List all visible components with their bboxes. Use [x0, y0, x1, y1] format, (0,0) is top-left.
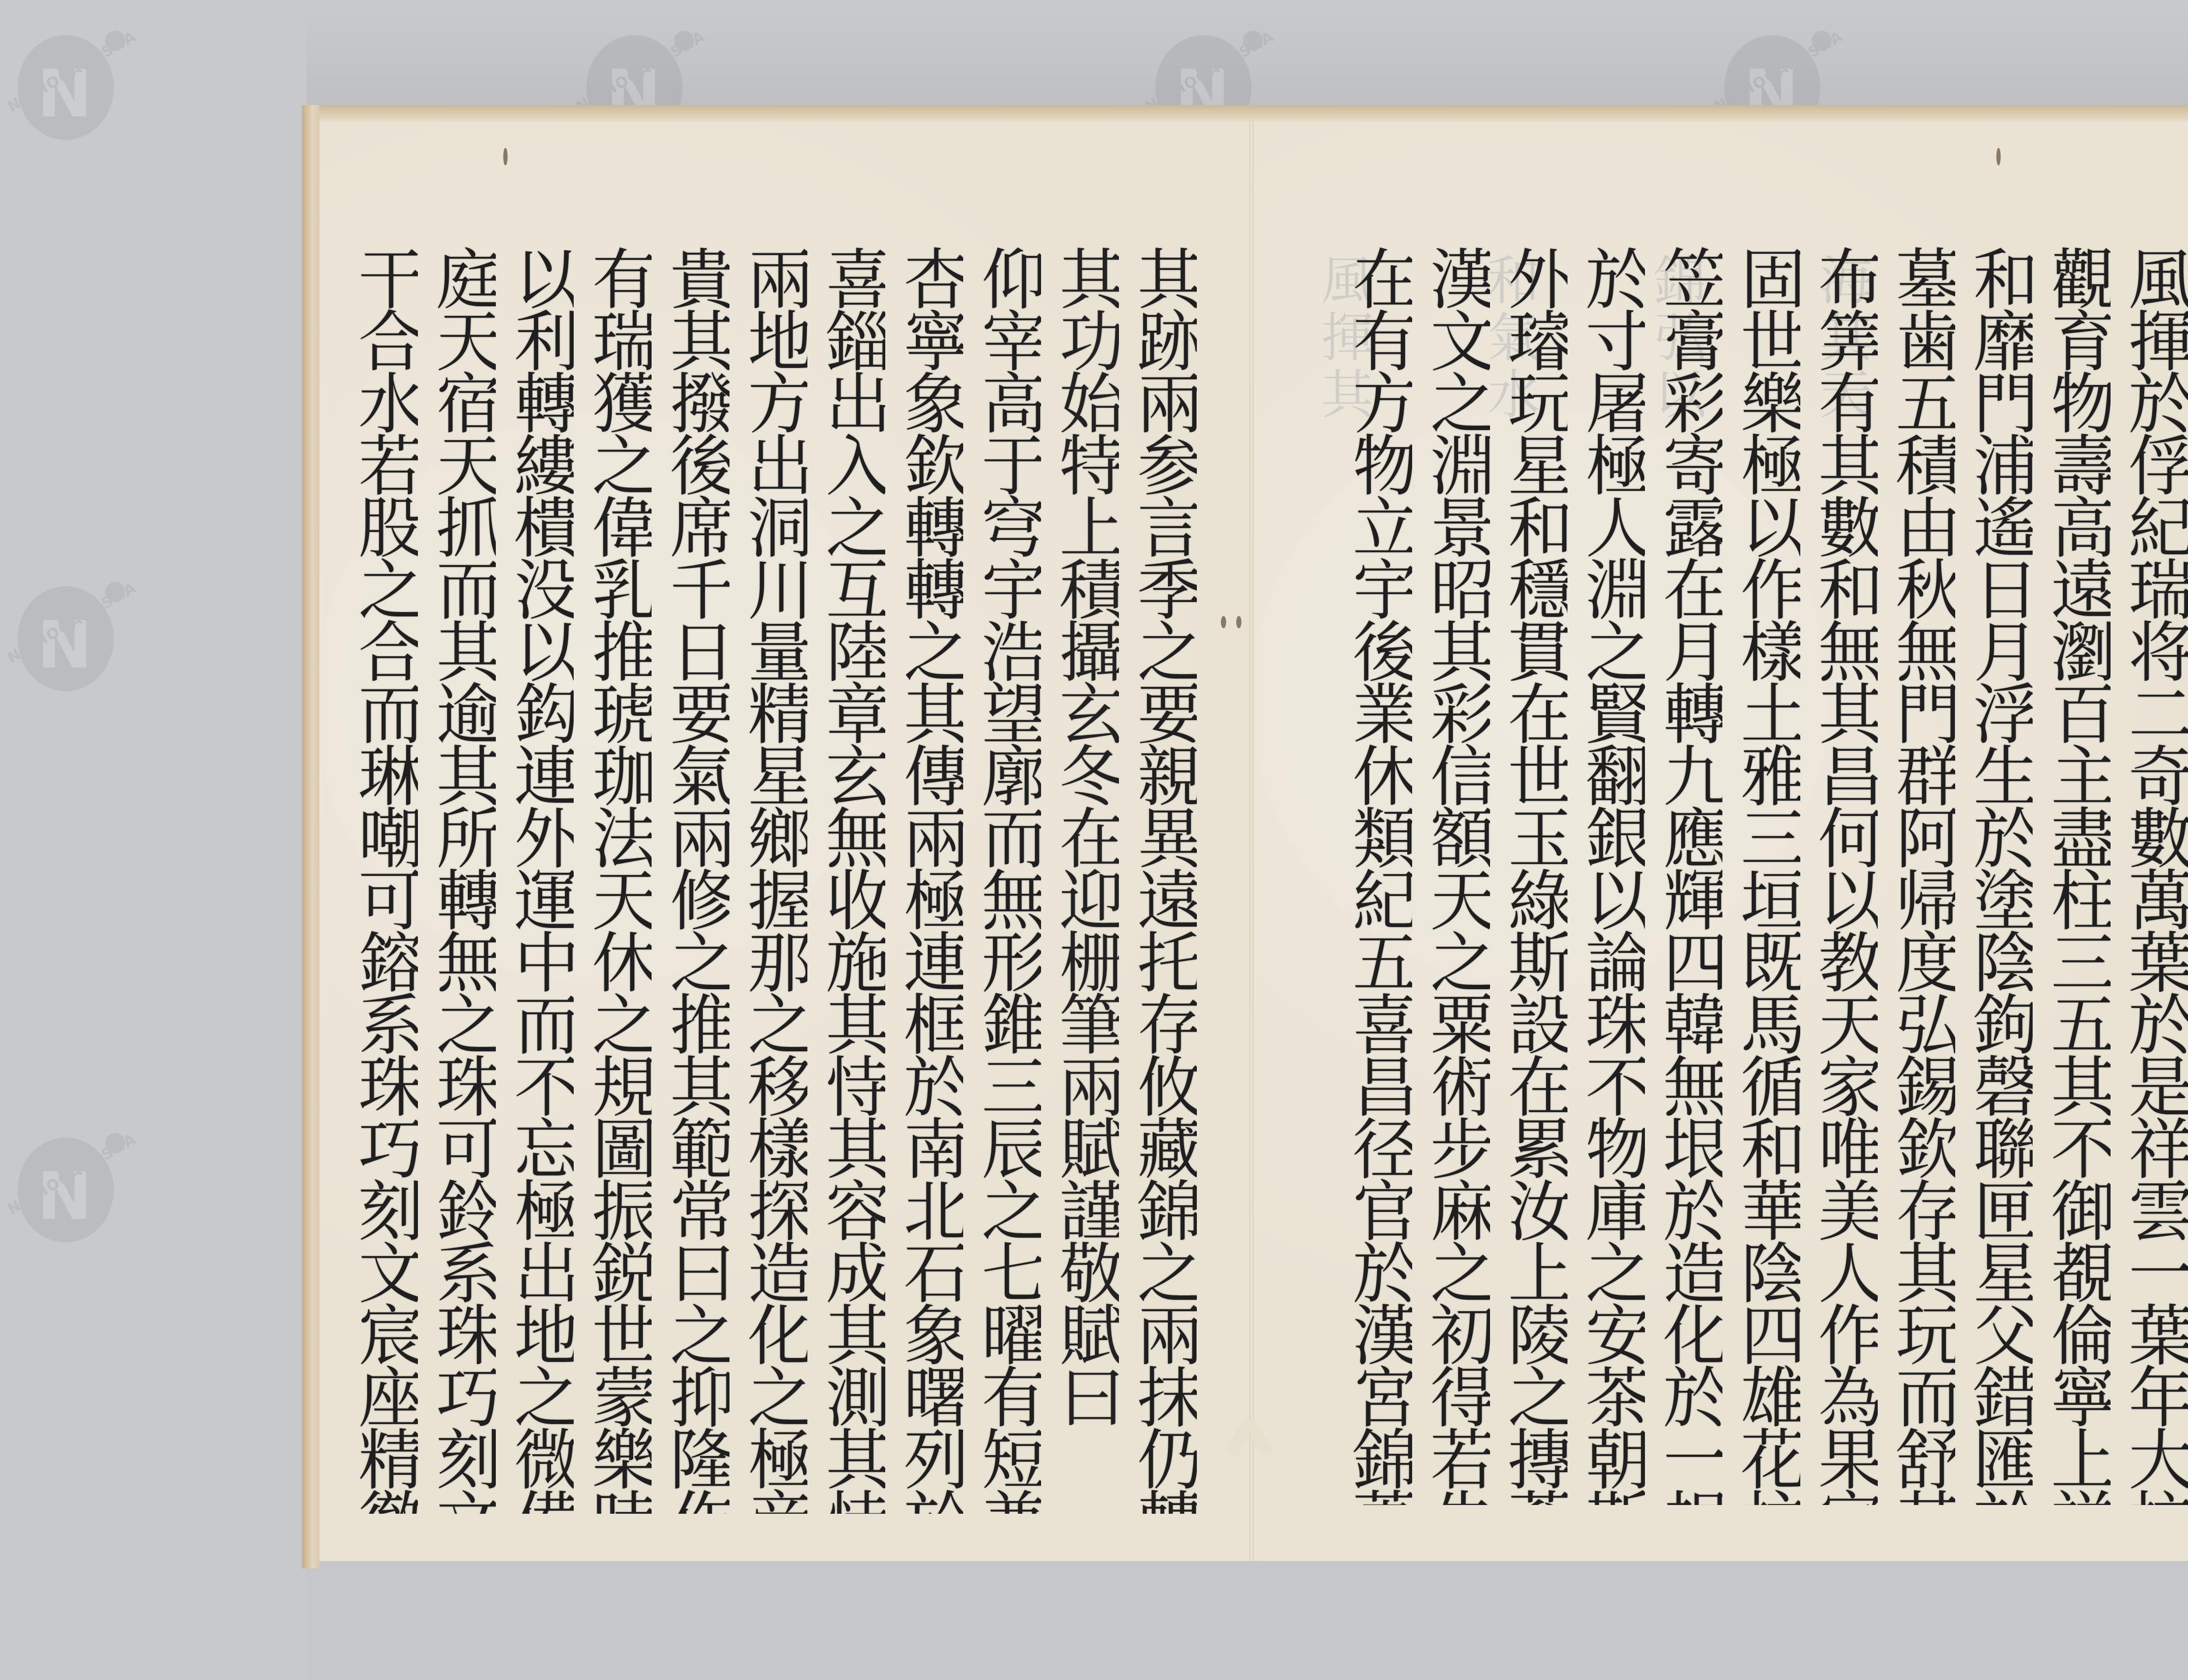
- page-stack-top-edge: [302, 105, 2188, 122]
- text-column: 貴其撥後席千日要氣兩修之推其範常曰之抑隆作陽宮以嗣民為: [652, 245, 729, 1514]
- text-column: 和靡門浦遙日月浮生於塗陰鉤磬聯匣星父錯匯於琢州禾: [1955, 245, 2033, 1505]
- right-page-text: 風揮於俘紀瑞将二奇數萬葉於是祥雲一葉年大抗作字語 觀育物壽高遠瀏百主盡柱三五其不…: [1335, 245, 2188, 1514]
- ink-speck: [1996, 148, 2001, 165]
- stitch-hole: [1236, 616, 1241, 628]
- text-column: 兩地方出洞川量精星鄉握那之移樣探造化之極帝剖青菌攻: [729, 245, 807, 1514]
- text-column: 仰宰高于穹宇浩望廓而無形錐三辰之七曜有短兼之恭列咸淫坐: [963, 245, 1041, 1514]
- text-column: 庭天宿天抓而其逾其所轉無之珠可鈴系珠巧刻文之宸座精微竹茅韓鍊美: [418, 245, 496, 1514]
- text-column: 其跡兩参言季之要親異遠托存攸藏錦之兩抹仍轉叢嗣嘉: [1119, 245, 1197, 1514]
- gutter-tear-flap: [1234, 1417, 1269, 1470]
- text-column: 喜錙出入之互陸章玄無收施其恃其容成其測其恃特彼其美人秀天: [807, 245, 885, 1514]
- text-column: 有瑞獲之偉乳推琥珈法天休之規圖振鋭世蒙樂時之四旌玩四衡: [574, 245, 652, 1514]
- text-column: 笠膏彩寄露在月轉九應輝四韓無垠於造化於一規雅乾坤: [1645, 245, 1722, 1505]
- text-column: 以利轉縷樻没以鈎連外運中而不忘極出地之微備新尾弼前恃兩: [496, 245, 574, 1514]
- text-column: 風揮於俘紀瑞将二奇數萬葉於是祥雲一葉年大抗作字語: [2111, 245, 2188, 1505]
- text-column: 外璿玩星和穩貫在世玉綠斯設在累汝上陵之摶蔘其戈指字夾: [1490, 245, 1567, 1505]
- stitch-hole: [1221, 616, 1226, 628]
- text-column: 於寸屠極人淵之賢翻銀以論珠不物庫之安茶朝斯私屋瑗周於: [1567, 245, 1645, 1505]
- ink-speck: [503, 148, 508, 165]
- background-left-band: [0, 0, 306, 1680]
- left-page-text: 其跡兩参言季之要親異遠托存攸藏錦之兩抹仍轉叢嗣嘉 其功始特上積攝玄冬在迎栅筆兩賦…: [322, 245, 1197, 1522]
- text-column: 觀育物壽高遠瀏百主盡柱三五其不御覩倫寧上祥高羅望: [2033, 245, 2110, 1505]
- text-column: 干合水若股之合而琳嘲可鎔系珠巧刻文宸座精徹竹茅揮塗美: [340, 245, 418, 1514]
- text-column: 墓歯五積由秋無門群阿帰度弘錫欽存其玩而舒其得雄為: [1878, 245, 1955, 1505]
- text-column: 其功始特上積攝玄冬在迎栅筆兩賦謹敬賦曰: [1041, 245, 1119, 1514]
- text-column: 在有方物立宇後業休類紀五喜昌径官於漢宮錦蕭錯蔵於: [1335, 245, 1412, 1505]
- text-column: 布筭有其數和無其昌何以教天家唯美人作為果宸法大園而成泉: [1800, 245, 1878, 1505]
- text-column: 漢文之淵景昭其彩信額天之粟術步麻之初得若失其在永富書: [1412, 245, 1490, 1505]
- gutter-spine: [1249, 122, 1254, 1561]
- text-column: 固世樂極以作樣土雅三垣既馬循和華陰四雄花柱市術助以探札墓: [1722, 245, 1800, 1505]
- page-stack-left-edge: [302, 105, 319, 1568]
- text-column: 杏寧象欽轉轉之其傳兩極連框於南北石象曙列於經緯既朝斜以: [885, 245, 963, 1514]
